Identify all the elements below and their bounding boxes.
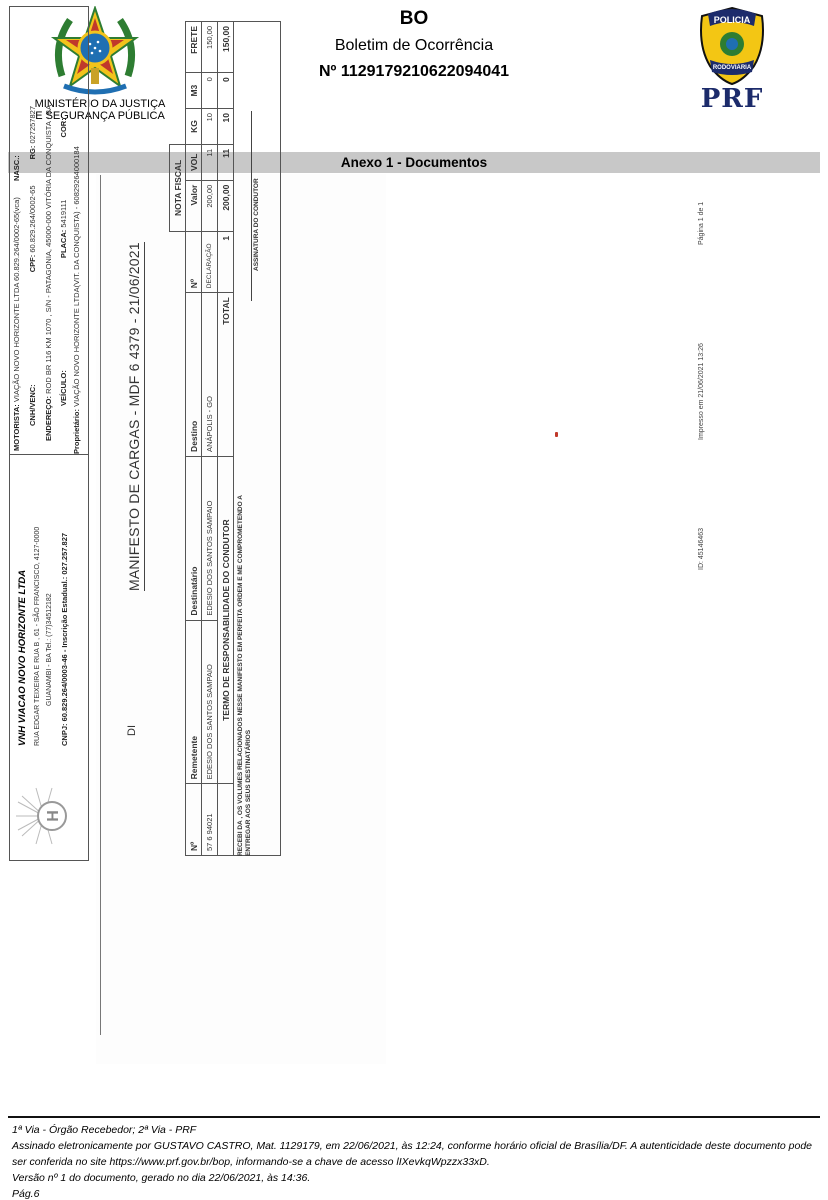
cell-destinatario: EDESIO DOS SANTOS SAMPAIO [202, 456, 218, 620]
col-numero: Nº [186, 784, 202, 856]
cell-remetente: EDESIO DOS SANTOS SAMPAIO [202, 620, 218, 784]
total-nf: 1 [218, 231, 234, 292]
signature-line [251, 111, 252, 301]
nasc-label: NASC.: [12, 155, 21, 181]
footer-rule [8, 1116, 820, 1118]
svg-text:POLICIA: POLICIA [714, 15, 751, 25]
motorista-label: MOTORISTA: [12, 404, 21, 451]
proprietario-label: Proprietário: [72, 409, 81, 454]
rg-value: 027257827 [28, 106, 37, 144]
cell-destino: ANÁPOLIS - GO [202, 293, 218, 457]
proprietario-value: VIAÇÃO NOVO HORIZONTE LTDA(VIT. DA CONQU… [72, 146, 81, 407]
cpf-value: 60.829.264/0002-65 [28, 185, 37, 252]
scan-artifact: DI [126, 725, 138, 736]
col-destino: Destino [186, 293, 202, 457]
cell-vol: 11 [202, 144, 218, 180]
total-frete: 150,00 [218, 22, 234, 73]
signature-label: ASSINATURA DO CONDUTOR [253, 178, 260, 271]
termo-responsabilidade: TERMO DE RESPONSABILIDADE DO CONDUTOR [218, 456, 234, 783]
endereco-row: ENDEREÇO: ROD BR 116 KM 1070 , S/N - PAT… [44, 105, 53, 441]
col-frete: FRETE [186, 22, 202, 73]
print-id: ID: 45146463 [698, 528, 705, 570]
col-valor: Valor [186, 180, 202, 231]
col-vol: VOL [186, 144, 202, 180]
footer-signature: Assinado eletronicamente por GUSTAVO CAS… [12, 1138, 822, 1170]
total-vol: 11 [218, 144, 234, 180]
svg-text:H: H [45, 810, 62, 822]
col-destinatario: Destinatário [186, 456, 202, 620]
cnh-row: CNH/VENC: CPF: 60.829.264/0002-65 RG: 02… [28, 106, 37, 426]
footer-version: Versão nº 1 do documento, gerado no dia … [12, 1170, 822, 1186]
cell-frete: 150,00 [202, 22, 218, 73]
footer-page: Pág.6 [12, 1186, 822, 1200]
print-info: ID: 45146463 Impresso em 21/06/2021 13:2… [698, 150, 718, 570]
receipt-statement: RECEBI DA , OS VOLUMES RELACIONADOS NESS… [237, 476, 252, 856]
cell-numero: 57 6 94021 [202, 784, 218, 856]
endereco-value: ROD BR 116 KM 1070 , S/N - PATAGONIA, 45… [44, 105, 53, 394]
placa-value: 5419111 [59, 200, 68, 228]
scan-page: Página 1 de 1 [698, 202, 705, 245]
cor-label: COR: [59, 118, 68, 137]
footer: 1ª Via - Órgão Recebedor; 2ª Via - PRF A… [12, 1122, 822, 1200]
total-kg: 10 [218, 109, 234, 145]
company-name: VNH VIACAO NOVO HORIZONTE LTDA [17, 570, 28, 746]
scan-mark [555, 432, 558, 437]
cpf-label: CPF: [28, 255, 37, 273]
cnh-label: CNH/VENC: [28, 384, 37, 426]
printed-at: Impresso em 21/06/2021 13:26 [698, 343, 705, 440]
group-header-row: NOTA FISCAL [170, 22, 186, 856]
svg-text:RODOVIARIA: RODOVIARIA [713, 65, 752, 71]
prf-logo-text: PRF [692, 84, 772, 114]
nota-fiscal-header: NOTA FISCAL [170, 144, 186, 231]
veiculo-row: VEÍCULO: PLACA: 5419111 COR: [59, 118, 68, 406]
total-label: TOTAL [218, 293, 234, 457]
manifest-scan: H VNH VIACAO NOVO HORIZONTE LTDA RUA EDG… [4, 1, 289, 886]
company-city-tel: GUANAMBI - BA Tel.: (77)34512182 [46, 593, 53, 706]
placa-label: PLACA: [59, 230, 68, 258]
endereco-label: ENDEREÇO: [44, 396, 53, 441]
cell-nf-numero: DECLARAÇÃO [202, 231, 218, 292]
total-m3: 0 [218, 73, 234, 109]
veiculo-label: VEÍCULO: [59, 370, 68, 406]
motorista-value: VIAÇÃO NOVO HORIZONTE LTDA 60.829.264/00… [12, 197, 21, 402]
cell-kg: 10 [202, 109, 218, 145]
col-m3: M3 [186, 73, 202, 109]
company-cnpj: CNPJ: 60.829.264/0003-46 - Inscrição Est… [60, 533, 69, 746]
manifest-title: MANIFESTO DE CARGAS - MDF 6 4379 - 21/06… [126, 242, 145, 591]
cell-valor: 200,00 [202, 180, 218, 231]
footer-vias: 1ª Via - Órgão Recebedor; 2ª Via - PRF [12, 1122, 822, 1138]
rg-label: RG: [28, 146, 37, 160]
table-row: 57 6 94021 EDESIO DOS SANTOS SAMPAIO EDE… [202, 22, 218, 856]
col-remetente: Remetente [186, 620, 202, 784]
col-nf-numero: Nº [186, 231, 202, 292]
manifest-table: NOTA FISCAL Nº Remetente Destinatário De… [169, 21, 234, 856]
total-row: TERMO DE RESPONSABILIDADE DO CONDUTOR TO… [218, 22, 234, 856]
col-kg: KG [186, 109, 202, 145]
header-divider [10, 454, 88, 455]
vnh-logo-icon: H [14, 786, 74, 846]
motorista-row: MOTORISTA: VIAÇÃO NOVO HORIZONTE LTDA 60… [12, 155, 21, 451]
company-address: RUA EDGAR TEIXEIRA E RUA B , 61 - SÃO FR… [34, 527, 41, 746]
column-header-row: Nº Remetente Destinatário Destino Nº Val… [186, 22, 202, 856]
proprietario-row: Proprietário: VIAÇÃO NOVO HORIZONTE LTDA… [72, 146, 81, 454]
total-valor: 200,00 [218, 180, 234, 231]
cell-m3: 0 [202, 73, 218, 109]
